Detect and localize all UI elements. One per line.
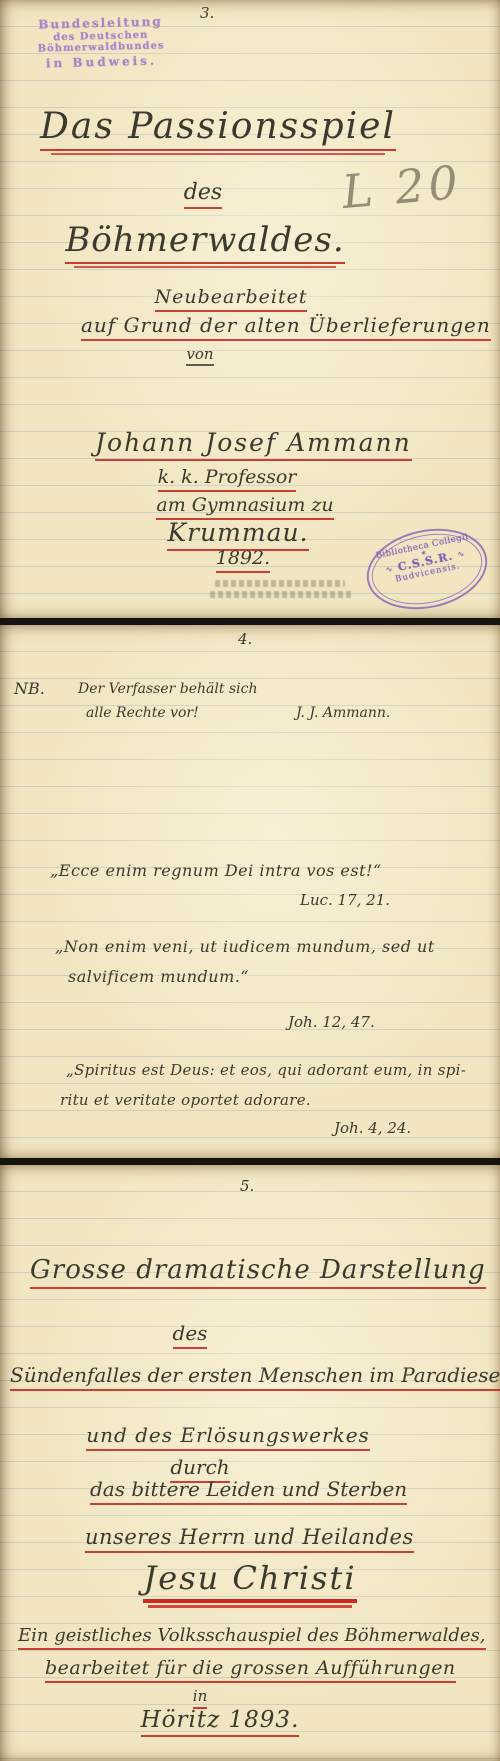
main-title-text: Das Passionsspiel [40,106,396,151]
title-des-text: des [184,180,222,209]
year: 1892. [193,547,293,569]
heading-line-12: Höritz 1893. [130,1707,310,1733]
heading-line-2: des [125,1321,255,1345]
author-title-1-text: k. k. Professor [158,466,297,492]
manuscript-subtitle-page: 5. Grosse dramatische Darstellung des Sü… [0,1165,500,1761]
main-title: Das Passionsspiel [40,106,395,147]
quote-2-line-1: „Non enim veni, ut iudicem mundum, sed u… [55,937,435,956]
embossed-stamp-line [215,580,345,587]
stamp-line: in Budweis. [6,53,196,72]
quote-3-line-1: „Spiritus est Deus: et eos, qui adorant … [66,1061,466,1079]
stamp-ornament: ∿ [457,549,466,559]
title-boehmerwaldes: Böhmerwaldes. [55,220,355,260]
author-title-1: k. k. Professor [127,466,327,488]
heading-line-4: und des Erlösungswerkes [68,1423,388,1447]
library-oval-stamp: Bibliotheca Collegii ✶ ∿ C.S.S.R. ∿ Budv… [359,518,495,618]
heading-line-3-text: Sündenfalles der ersten Menschen im Para… [10,1363,500,1391]
quote-1-ref: Luc. 17, 21. [300,891,390,909]
subtitle-grund-text: auf Grund der alten Überlieferungen [81,313,491,341]
pencil-annotation: L 20 [340,155,464,219]
page-number: 3. [200,4,214,22]
author-place: Krummau. [138,518,338,547]
page-number: 4. [238,630,252,648]
title-des: des [103,180,303,205]
heading-line-9: Ein geistliches Volksschauspiel des Böhm… [18,1625,482,1646]
heading-line-11-text: in [193,1687,207,1709]
quote-2-ref: Joh. 12, 47. [288,1013,375,1031]
heading-line-4-text: und des Erlösungswerkes [86,1423,370,1451]
stamp-line: Budvicensis. [369,556,487,590]
stamp-line: des Deutschen Böhmerwaldbundes [6,29,197,56]
heading-line-9-text: Ein geistliches Volksschauspiel des Böhm… [18,1625,486,1650]
heading-jesu-christi-text: Jesu Christi [143,1559,356,1603]
manuscript-title-page: 3. Bundesleitung des Deutschen Böhmerwal… [0,0,500,618]
heading-line-5: durch [120,1455,280,1479]
subtitle-von-text: von [186,345,213,366]
quote-1-text: „Ecce enim regnum Dei intra vos est!“ [50,861,382,880]
author-name: Johann Josef Ammann [95,428,395,457]
author-name-text: Johann Josef Ammann [95,428,412,461]
heading-line-6: das bittere Leiden und Sterben [90,1477,390,1501]
stamp-cssr-text: C.S.S.R. [397,549,455,573]
embossed-stamp-line [210,591,352,598]
heading-line-7-text: unseres Herrn und Heilandes [85,1525,414,1553]
stamp-star-ornament: ✶ [366,539,482,568]
heading-line-1-text: Grosse dramatische Darstellung [30,1255,486,1289]
stamp-ornament: ∿ [385,564,394,574]
nb-line-1: Der Verfasser behält sich [78,681,257,697]
quote-3-line-2: ritu et veritate oportet adorare. [60,1091,311,1109]
title-boehmerwaldes-text: Böhmerwaldes. [65,220,344,264]
heading-line-10: bearbeitet für die grossen Aufführungen [45,1657,445,1679]
subtitle-von: von [150,345,250,363]
subtitle-grund: auf Grund der alten Überlieferungen [81,313,461,337]
heading-jesu-christi: Jesu Christi [110,1559,390,1597]
subtitle-neubearbeitet: Neubearbeitet [131,286,331,308]
nb-line-2: alle Rechte vor! [86,705,199,721]
heading-line-7: unseres Herrn und Heilandes [85,1525,405,1549]
author-title-2: am Gymnasium zu [145,494,345,516]
subtitle-neubearbeitet-text: Neubearbeitet [155,286,308,312]
stamp-line: Bibliotheca Collegii [363,529,481,563]
heading-line-10-text: bearbeitet für die grossen Aufführungen [45,1657,456,1683]
heading-line-11: in [155,1687,245,1705]
quote-3-ref: Joh. 4, 24. [334,1119,411,1137]
author-title-2-text: am Gymnasium zu [156,494,333,520]
heading-line-2-text: des [173,1321,208,1349]
bundesleitung-stamp: Bundesleitung des Deutschen Böhmerwaldbu… [5,14,196,72]
heading-line-3: Sündenfalles der ersten Menschen im Para… [10,1363,490,1387]
page-number: 5. [240,1177,254,1195]
quote-2-line-2: salvificem mundum.“ [68,967,249,986]
heading-line-1: Grosse dramatische Darstellung [30,1255,470,1285]
heading-line-6-text: das bittere Leiden und Sterben [90,1477,407,1505]
manuscript-quotes-page: 4. NB. Der Verfasser behält sich alle Re… [0,625,500,1158]
year-text: 1892. [216,547,270,573]
heading-line-12-text: Höritz 1893. [141,1707,300,1737]
nb-label: NB. [14,679,45,698]
nb-signature: J. J. Ammann. [296,705,390,721]
